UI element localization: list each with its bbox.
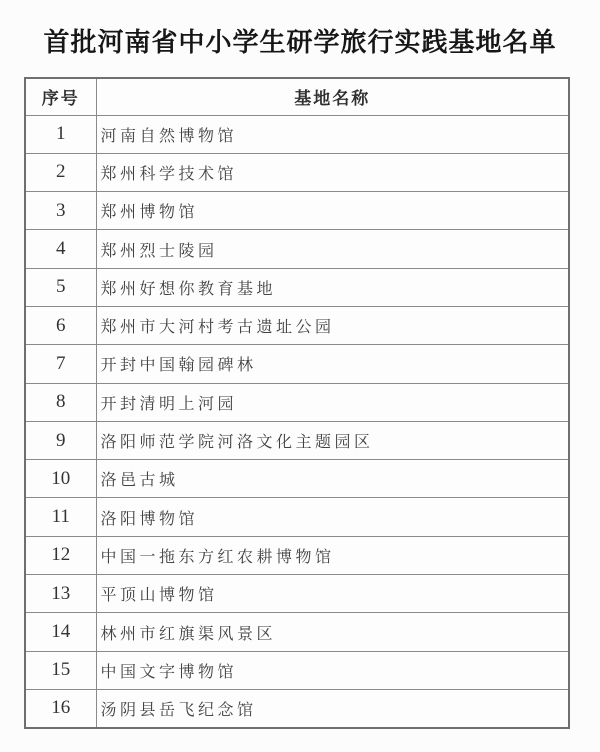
base-name-cell: 郑州科学技术馆 <box>96 153 569 191</box>
base-name-cell: 开封中国翰园碑林 <box>96 345 569 383</box>
row-number-cell: 11 <box>25 498 96 536</box>
row-number-cell: 2 <box>25 153 96 191</box>
base-name-cell: 洛阳博物馆 <box>96 498 569 536</box>
row-number-cell: 8 <box>25 383 96 421</box>
base-name-cell: 中国文字博物馆 <box>96 651 569 689</box>
table-row: 6 郑州市大河村考古遗址公园 <box>25 306 569 344</box>
table-header-row: 序号 基地名称 <box>25 78 569 115</box>
base-name-cell: 郑州烈士陵园 <box>96 230 569 268</box>
page-title: 首批河南省中小学生研学旅行实践基地名单 <box>0 22 600 59</box>
base-name-cell: 汤阴县岳飞纪念馆 <box>96 689 569 727</box>
base-name-cell: 郑州好想你教育基地 <box>96 268 569 306</box>
row-number-cell: 5 <box>25 268 96 306</box>
base-name-cell: 开封清明上河园 <box>96 383 569 421</box>
table-row: 3 郑州博物馆 <box>25 192 569 230</box>
row-number-cell: 9 <box>25 421 96 459</box>
base-name-cell: 洛阳师范学院河洛文化主题园区 <box>96 421 569 459</box>
table-row: 16 汤阴县岳飞纪念馆 <box>25 689 569 727</box>
base-name-cell: 郑州市大河村考古遗址公园 <box>96 306 569 344</box>
table-row: 8 开封清明上河园 <box>25 383 569 421</box>
row-number-cell: 12 <box>25 536 96 574</box>
table-row: 5 郑州好想你教育基地 <box>25 268 569 306</box>
table-row: 15 中国文字博物馆 <box>25 651 569 689</box>
table-row: 12 中国一拖东方红农耕博物馆 <box>25 536 569 574</box>
base-name-cell: 郑州博物馆 <box>96 192 569 230</box>
table-row: 7 开封中国翰园碑林 <box>25 345 569 383</box>
row-number-cell: 10 <box>25 460 96 498</box>
row-number-cell: 16 <box>25 689 96 727</box>
table-row: 1 河南自然博物馆 <box>25 115 569 153</box>
header-cell-no: 序号 <box>25 78 96 115</box>
row-number-cell: 3 <box>25 192 96 230</box>
base-name-cell: 平顶山博物馆 <box>96 575 569 613</box>
base-name-cell: 中国一拖东方红农耕博物馆 <box>96 536 569 574</box>
row-number-cell: 14 <box>25 613 96 651</box>
row-number-cell: 7 <box>25 345 96 383</box>
table-row: 10 洛邑古城 <box>25 460 569 498</box>
row-number-cell: 6 <box>25 306 96 344</box>
table-row: 4 郑州烈士陵园 <box>25 230 569 268</box>
table-row: 11 洛阳博物馆 <box>25 498 569 536</box>
row-number-cell: 1 <box>25 115 96 153</box>
base-name-cell: 洛邑古城 <box>96 460 569 498</box>
base-name-cell: 河南自然博物馆 <box>96 115 569 153</box>
table-row: 2 郑州科学技术馆 <box>25 153 569 191</box>
table-row: 14 林州市红旗渠风景区 <box>25 613 569 651</box>
table-row: 13 平顶山博物馆 <box>25 575 569 613</box>
row-number-cell: 13 <box>25 575 96 613</box>
header-cell-name: 基地名称 <box>96 78 569 115</box>
base-name-cell: 林州市红旗渠风景区 <box>96 613 569 651</box>
row-number-cell: 4 <box>25 230 96 268</box>
base-list-table: 序号 基地名称 1 河南自然博物馆 2 郑州科学技术馆 3 郑州博物馆 4 郑州… <box>24 77 570 729</box>
table-row: 9 洛阳师范学院河洛文化主题园区 <box>25 421 569 459</box>
document-page: 首批河南省中小学生研学旅行实践基地名单 序号 基地名称 1 河南自然博物馆 2 … <box>0 0 600 752</box>
row-number-cell: 15 <box>25 651 96 689</box>
